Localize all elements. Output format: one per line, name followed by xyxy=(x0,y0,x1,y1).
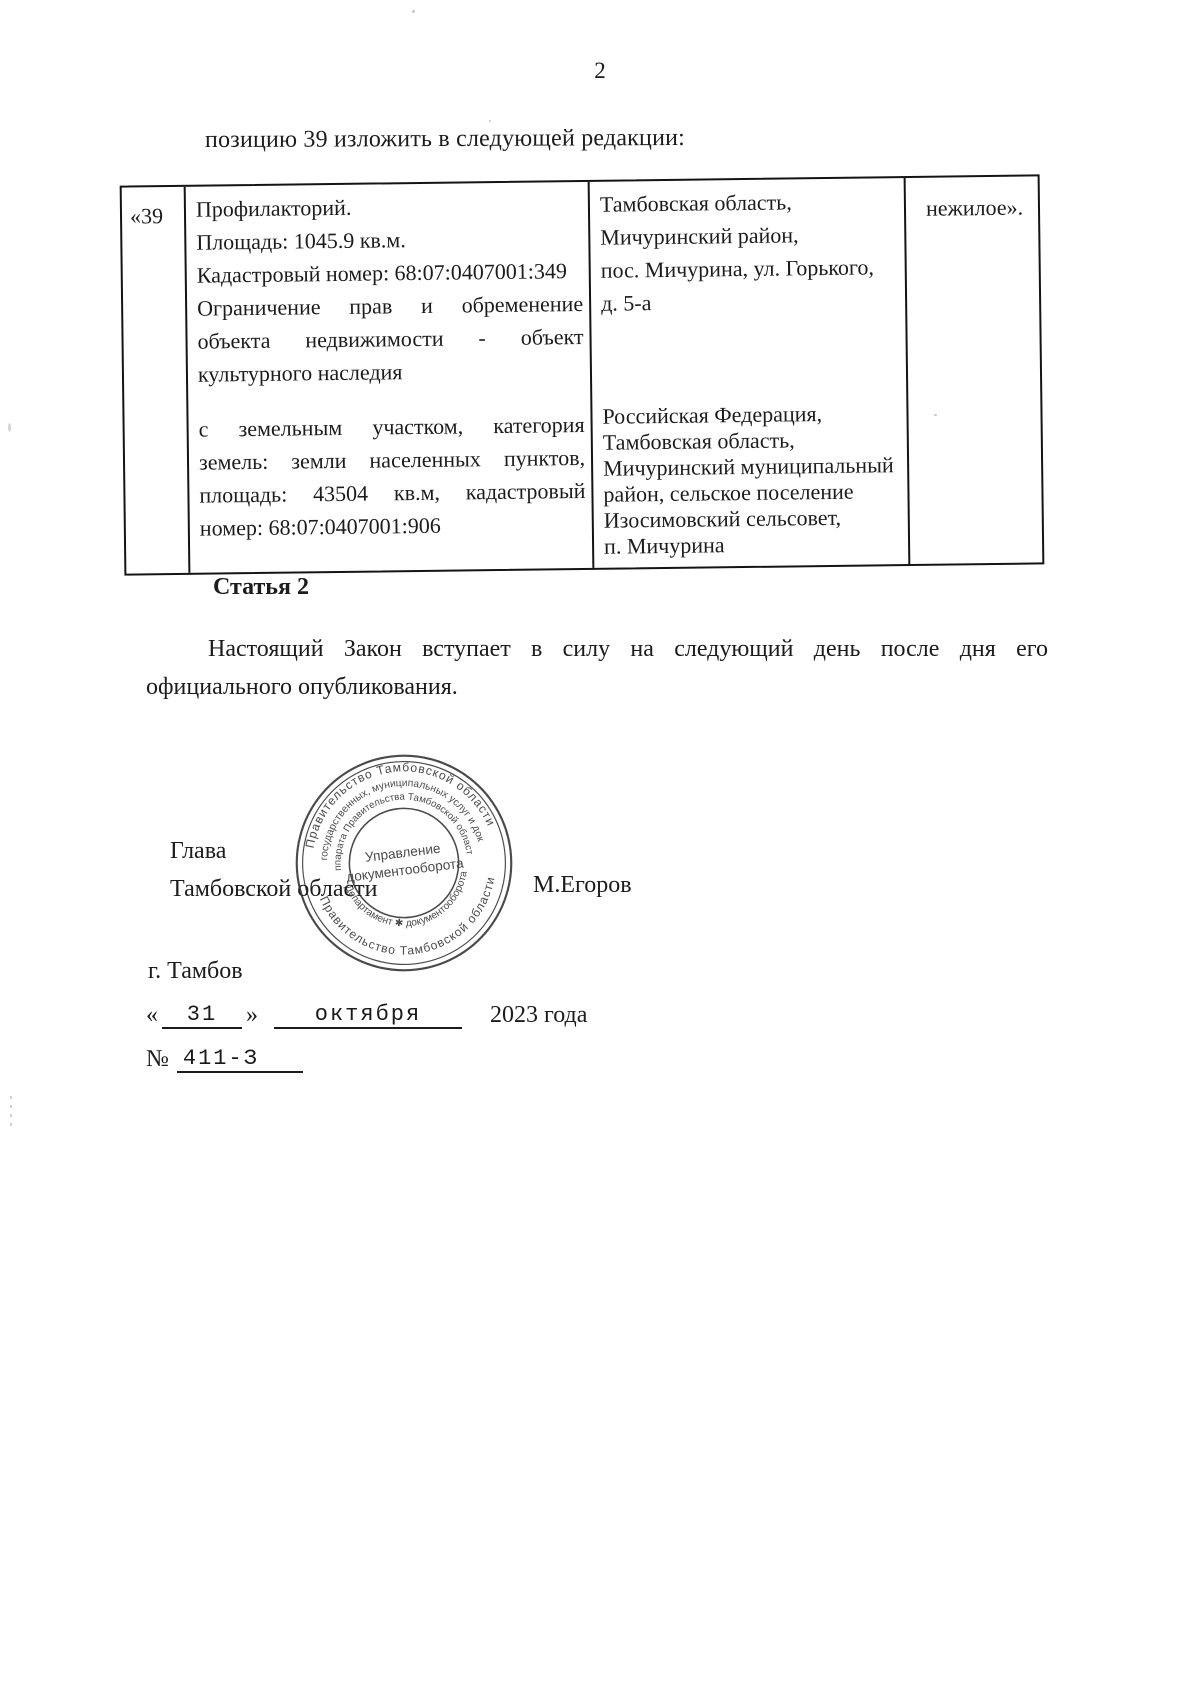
table-cell-position-number: «39 xyxy=(122,187,189,574)
table-text-line: пос. Мичурина, ул. Горького, xyxy=(601,250,899,287)
table-text-line: культурного наследия xyxy=(198,353,584,391)
table-text-line: Ограничение прав и обременение объекта н… xyxy=(197,287,584,358)
table-text-line: с земельным участком, категория земель: … xyxy=(198,408,585,512)
footer-date-line: « 31 » октября 2023 года xyxy=(146,1002,587,1029)
number-sign: № xyxy=(146,1046,169,1073)
footer-city: г. Тамбов xyxy=(148,958,243,985)
article-2-line-1: Настоящий Закон вступает в силу на следу… xyxy=(146,630,1048,668)
object-description-block: Профилакторий. Площадь: 1045.9 кв.м. Кад… xyxy=(196,188,584,391)
land-address-block: Российская Федерация, Тамбовская область… xyxy=(602,400,902,560)
position-number: «39 xyxy=(130,199,182,233)
official-round-stamp: Правительство Тамбовской области государ… xyxy=(274,733,535,994)
date-year: 2023 года xyxy=(490,1002,587,1029)
table-text-line: Кадастровый номер: 68:07:0407001:349 xyxy=(197,254,583,292)
article-2-paragraph: Настоящий Закон вступает в силу на следу… xyxy=(146,630,1048,706)
table-text-line: Мичуринский муниципальный xyxy=(603,452,901,482)
quote-open: « xyxy=(146,1002,158,1029)
date-month-filled: октября xyxy=(274,1002,462,1029)
table-cell-object-description: Профилакторий. Площадь: 1045.9 кв.м. Кад… xyxy=(184,182,593,573)
scan-artifact xyxy=(934,414,937,416)
table-text-line: Изосимовский сельсовет, xyxy=(604,504,902,534)
quote-close: » xyxy=(246,1002,258,1029)
table-cell-address: Тамбовская область, Мичуринский район, п… xyxy=(588,178,909,568)
scan-artifact xyxy=(10,1096,12,1130)
document-page: 2 позицию 39 изложить в следующей редакц… xyxy=(0,0,1200,1697)
table-text-line: Тамбовская область, xyxy=(603,426,901,456)
purpose-text: нежилое». xyxy=(926,190,1034,224)
table-text-line: Профилакторий. xyxy=(196,188,582,226)
intro-paragraph: позицию 39 изложить в следующей редакции… xyxy=(205,125,685,154)
date-day-filled: 31 xyxy=(162,1002,242,1029)
table-text-line: Площадь: 1045.9 кв.м. xyxy=(196,221,582,259)
table-text-line: Тамбовская область, xyxy=(600,184,898,221)
signature-role-line-1: Глава xyxy=(170,838,226,865)
law-number-filled: 411-З xyxy=(177,1046,303,1073)
article-2-line-2: официального опубликования. xyxy=(146,668,1048,706)
page-number: 2 xyxy=(0,58,1200,84)
table-text-line: номер: 68:07:0407001:906 xyxy=(200,507,586,545)
amendment-table: «39 Профилакторий. Площадь: 1045.9 кв.м.… xyxy=(120,174,1045,575)
table-text-line: район, сельское поселение xyxy=(603,478,901,508)
scan-artifact xyxy=(8,423,11,432)
land-plot-block: с земельным участком, категория земель: … xyxy=(198,408,586,545)
footer-number-line: № 411-З xyxy=(146,1046,303,1073)
stamp-seal-icon: Правительство Тамбовской области государ… xyxy=(274,733,535,994)
table-cell-purpose: нежилое». xyxy=(904,176,1043,564)
signature-name: М.Егоров xyxy=(533,872,632,899)
building-address-block: Тамбовская область, Мичуринский район, п… xyxy=(600,184,900,320)
table-text-line: Российская Федерация, xyxy=(602,400,900,430)
table-text-line: д. 5-а xyxy=(601,283,899,320)
table-text-line: Мичуринский район, xyxy=(600,217,898,254)
article-2-heading: Статья 2 xyxy=(213,574,309,601)
table-text-line: п. Мичурина xyxy=(604,530,902,560)
scan-artifact xyxy=(412,10,415,13)
scan-artifact xyxy=(489,120,491,122)
